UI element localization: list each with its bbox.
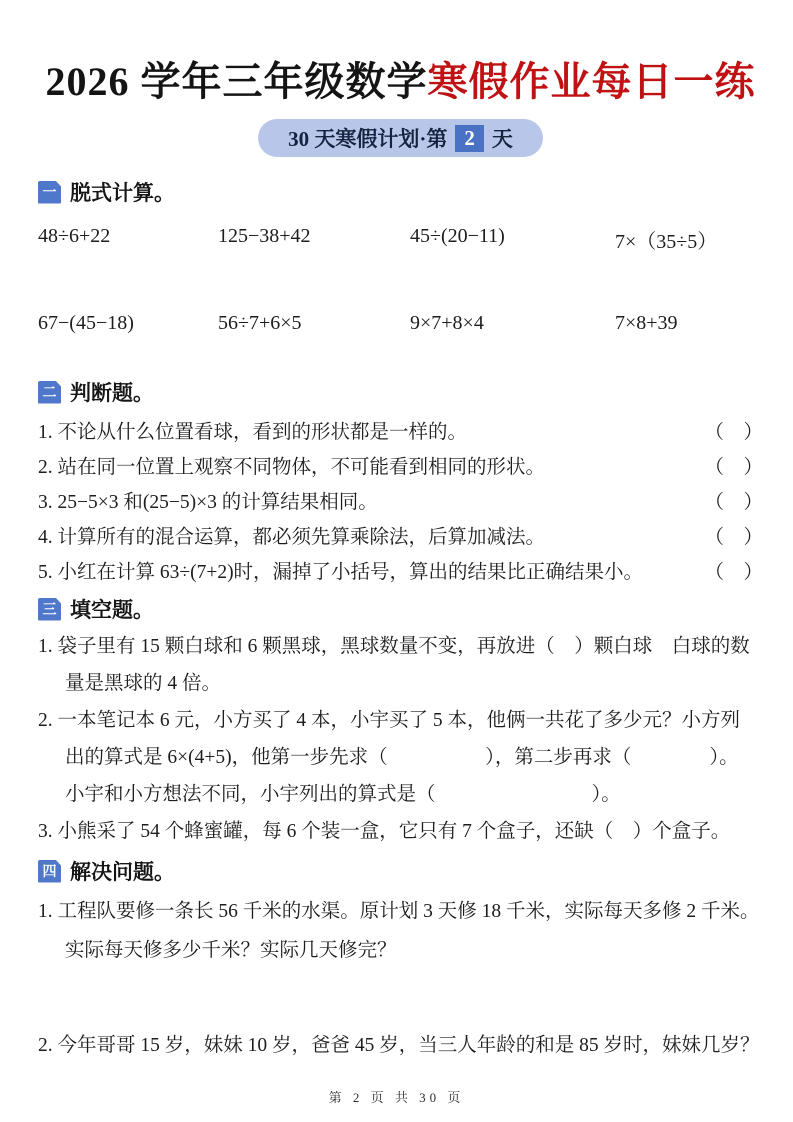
section-number-one-icon: 一 xyxy=(38,181,61,204)
page-title: 2026 学年三年级数学寒假作业每日一练 xyxy=(38,0,763,107)
problem-list: 1. 工程队要修一条长 56 千米的水渠。原计划 3 天修 18 千米，实际每天… xyxy=(38,892,763,1065)
section-header-calculation: 一 脱式计算。 xyxy=(38,177,763,207)
section-title: 解决问题。 xyxy=(70,856,175,886)
fill-blank-list: 1. 袋子里有 15 颗白球和 6 颗黑球，黑球数量不变，再放进（ ）颗白球 白… xyxy=(38,628,763,850)
judge-text: 3. 25−5×3 和(25−5)×3 的计算结果相同。 xyxy=(38,485,378,520)
section-number-four-icon: 四 xyxy=(38,860,61,883)
judge-item: 3. 25−5×3 和(25−5)×3 的计算结果相同。 （ ） xyxy=(38,485,763,520)
fill-item: 2. 一本笔记本 6 元，小方买了 4 本，小宇买了 5 本，他俩一共花了多少元… xyxy=(38,702,763,813)
fill-line: 小宇和小方想法不同，小宇列出的算式是（ ）。 xyxy=(38,776,763,813)
section-title: 判断题。 xyxy=(70,377,154,407)
section-number-three-icon: 三 xyxy=(38,598,61,621)
fill-line: 2. 一本笔记本 6 元，小方买了 4 本，小宇买了 5 本，他俩一共花了多少元… xyxy=(38,702,763,739)
working-space xyxy=(38,970,763,1026)
judge-text: 4. 计算所有的混合运算，都必须先算乘除法，后算加减法。 xyxy=(38,520,545,555)
fill-item: 1. 袋子里有 15 颗白球和 6 颗黑球，黑球数量不变，再放进（ ）颗白球 白… xyxy=(38,628,763,702)
judge-item: 1. 不论从什么位置看球，看到的形状都是一样的。 （ ） xyxy=(38,415,763,450)
section-header-fill-blank: 三 填空题。 xyxy=(38,594,763,624)
calc-expression: 45÷(20−11) xyxy=(410,225,615,254)
answer-parentheses: （ ） xyxy=(704,450,763,485)
answer-parentheses: （ ） xyxy=(704,485,763,520)
judge-list: 1. 不论从什么位置看球，看到的形状都是一样的。 （ ） 2. 站在同一位置上观… xyxy=(38,415,763,590)
judge-text: 5. 小红在计算 63÷(7+2)时，漏掉了小括号，算出的结果比正确结果小。 xyxy=(38,555,643,590)
calc-expression: 67−(45−18) xyxy=(38,312,218,335)
fill-line: 出的算式是 6×(4+5)，他第一步先求（ ），第二步再求（ ）。 xyxy=(38,739,763,776)
section-number-two-icon: 二 xyxy=(38,381,61,404)
day-plan-badge: 30 天寒假计划·第 2 天 xyxy=(258,119,543,157)
section-header-problem-solving: 四 解决问题。 xyxy=(38,856,763,886)
day-number-box: 2 xyxy=(455,125,484,152)
worksheet-page: 2026 学年三年级数学寒假作业每日一练 30 天寒假计划·第 2 天 一 脱式… xyxy=(0,0,793,1122)
section-title: 填空题。 xyxy=(70,594,154,624)
calc-expression: 7×8+39 xyxy=(615,312,763,335)
page-title-red: 寒假作业每日一练 xyxy=(428,59,756,104)
problem-line: 实际每天修多少千米？实际几天修完？ xyxy=(38,931,763,970)
calc-row: 48÷6+22 125−38+42 45÷(20−11) 7×（35÷5） xyxy=(38,225,763,254)
fill-line: 1. 袋子里有 15 颗白球和 6 颗黑球，黑球数量不变，再放进（ ）颗白球 白… xyxy=(38,628,763,665)
judge-item: 4. 计算所有的混合运算，都必须先算乘除法，后算加减法。 （ ） xyxy=(38,520,763,555)
page-title-black: 2026 学年三年级数学 xyxy=(46,59,428,104)
problem-line: 1. 工程队要修一条长 56 千米的水渠。原计划 3 天修 18 千米，实际每天… xyxy=(38,892,763,931)
judge-text: 2. 站在同一位置上观察不同物体，不可能看到相同的形状。 xyxy=(38,450,545,485)
answer-parentheses: （ ） xyxy=(704,520,763,555)
calc-expression: 7×（35÷5） xyxy=(615,225,763,254)
calc-expression: 48÷6+22 xyxy=(38,225,218,254)
calc-expression: 9×7+8×4 xyxy=(410,312,615,335)
judge-item: 5. 小红在计算 63÷(7+2)时，漏掉了小括号，算出的结果比正确结果小。 （… xyxy=(38,555,763,590)
answer-parentheses: （ ） xyxy=(704,415,763,450)
calc-expression: 125−38+42 xyxy=(218,225,410,254)
fill-item: 3. 小熊采了 54 个蜂蜜罐，每 6 个装一盒，它只有 7 个盒子，还缺（ ）… xyxy=(38,813,763,850)
fill-line: 3. 小熊采了 54 个蜂蜜罐，每 6 个装一盒，它只有 7 个盒子，还缺（ ）… xyxy=(38,813,763,850)
fill-line: 量是黑球的 4 倍。 xyxy=(38,665,763,702)
judge-item: 2. 站在同一位置上观察不同物体，不可能看到相同的形状。 （ ） xyxy=(38,450,763,485)
calc-expression: 56÷7+6×5 xyxy=(218,312,410,335)
page-footer: 第 2 页 共 30 页 xyxy=(0,1087,793,1106)
badge-prefix: 30 天寒假计划·第 xyxy=(288,123,447,153)
calc-row: 67−(45−18) 56÷7+6×5 9×7+8×4 7×8+39 xyxy=(38,312,763,335)
problem-item: 2. 今年哥哥 15 岁，妹妹 10 岁，爸爸 45 岁，当三人年龄的和是 85… xyxy=(38,1026,763,1065)
section-title: 脱式计算。 xyxy=(70,177,175,207)
problem-item: 1. 工程队要修一条长 56 千米的水渠。原计划 3 天修 18 千米，实际每天… xyxy=(38,892,763,970)
judge-text: 1. 不论从什么位置看球，看到的形状都是一样的。 xyxy=(38,415,467,450)
badge-suffix: 天 xyxy=(492,123,513,153)
badge-row: 30 天寒假计划·第 2 天 xyxy=(38,119,763,157)
answer-parentheses: （ ） xyxy=(704,555,763,590)
section-header-judge: 二 判断题。 xyxy=(38,377,763,407)
problem-line: 2. 今年哥哥 15 岁，妹妹 10 岁，爸爸 45 岁，当三人年龄的和是 85… xyxy=(38,1026,763,1065)
